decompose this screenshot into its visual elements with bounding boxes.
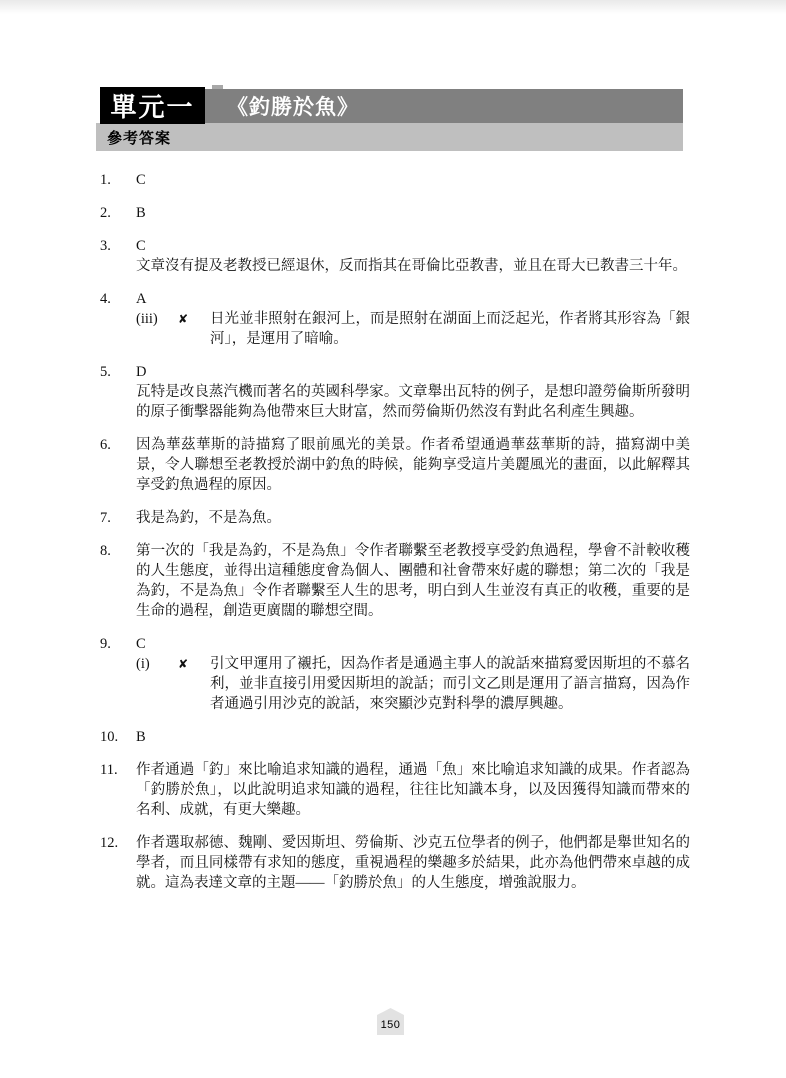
- answers-list: 1. C 2. B 3. C 文章沒有提及老教授已經退休，反而指其在哥倫比亞教書…: [100, 170, 690, 906]
- sub-answer-row: (i) ✘ 引文甲運用了襯托，因為作者是通過主事人的說話來描寫愛因斯坦的不慕名利…: [136, 654, 690, 714]
- answer-item-8: 8. 第一次的「我是為釣，不是為魚」令作者聯繫至老教授享受釣魚過程，學會不計較收…: [100, 541, 690, 621]
- item-number: 11.: [100, 760, 136, 820]
- unit-label-box: 單元一: [100, 87, 205, 124]
- item-number: 3.: [100, 236, 136, 276]
- item-number: 7.: [100, 508, 136, 528]
- answer-letter: C: [136, 170, 690, 190]
- answer-text: 我是為釣，不是為魚。: [136, 508, 690, 528]
- answer-item-2: 2. B: [100, 203, 690, 223]
- sub-answer-text: 引文甲運用了襯托，因為作者是通過主事人的說話來描寫愛因斯坦的不慕名利，並非直接引…: [210, 654, 690, 714]
- answer-item-11: 11. 作者通過「釣」來比喻追求知識的過程，通過「魚」來比喻追求知識的成果。作者…: [100, 760, 690, 820]
- page-number-badge: 150: [377, 1008, 404, 1035]
- answer-item-12: 12. 作者選取郝德、魏剛、愛因斯坦、勞倫斯、沙克五位學者的例子，他們都是舉世知…: [100, 833, 690, 893]
- item-number: 10.: [100, 727, 136, 747]
- cross-mark-icon: ✘: [178, 309, 210, 349]
- answer-letter: B: [136, 727, 690, 747]
- answer-item-6: 6. 因為華茲華斯的詩描寫了眼前風光的美景。作者希望通過華茲華斯的詩，描寫湖中美…: [100, 435, 690, 495]
- answer-item-4: 4. A (iii) ✘ 日光並非照射在銀河上，而是照射在湖面上而泛起光，作者將…: [100, 289, 690, 349]
- chapter-title: 《釣勝於魚》: [227, 91, 359, 121]
- answer-explanation: 文章沒有提及老教授已經退休，反而指其在哥倫比亞教書，並且在哥大已教書三十年。: [136, 256, 690, 276]
- item-number: 1.: [100, 170, 136, 190]
- answer-letter: D: [136, 362, 690, 382]
- item-number: 12.: [100, 833, 136, 893]
- answer-text: 第一次的「我是為釣，不是為魚」令作者聯繫至老教授享受釣魚過程，學會不計較收穫的人…: [136, 541, 690, 621]
- item-number: 9.: [100, 634, 136, 714]
- answer-text: 作者通過「釣」來比喻追求知識的過程，通過「魚」來比喻追求知識的成果。作者認為「釣…: [136, 760, 690, 820]
- answer-item-3: 3. C 文章沒有提及老教授已經退休，反而指其在哥倫比亞教書，並且在哥大已教書三…: [100, 236, 690, 276]
- answer-explanation: 瓦特是改良蒸汽機而著名的英國科學家。文章舉出瓦特的例子，是想印證勞倫斯所發明的原…: [136, 382, 690, 422]
- answer-item-7: 7. 我是為釣，不是為魚。: [100, 508, 690, 528]
- answer-letter: C: [136, 236, 690, 256]
- item-number: 5.: [100, 362, 136, 422]
- chapter-title-bar: 《釣勝於魚》: [205, 89, 683, 123]
- answer-item-5: 5. D 瓦特是改良蒸汽機而著名的英國科學家。文章舉出瓦特的例子，是想印證勞倫斯…: [100, 362, 690, 422]
- document-page: 單元一 《釣勝於魚》 參考答案 1. C 2. B 3. C 文章沒有提及老教授…: [0, 0, 786, 1078]
- sub-item-label: (iii): [136, 309, 178, 349]
- item-number: 8.: [100, 541, 136, 621]
- section-label: 參考答案: [107, 127, 171, 148]
- section-bar: 參考答案: [96, 123, 683, 151]
- sub-item-label: (i): [136, 654, 178, 714]
- sub-answer-row: (iii) ✘ 日光並非照射在銀河上，而是照射在湖面上而泛起光，作者將其形容為「…: [136, 309, 690, 349]
- answer-text: 因為華茲華斯的詩描寫了眼前風光的美景。作者希望通過華茲華斯的詩，描寫湖中美景，令…: [136, 435, 690, 495]
- page-number: 150: [381, 1019, 401, 1031]
- sub-answer-text: 日光並非照射在銀河上，而是照射在湖面上而泛起光，作者將其形容為「銀河」，是運用了…: [210, 309, 690, 349]
- answer-letter: C: [136, 634, 690, 654]
- answer-item-10: 10. B: [100, 727, 690, 747]
- cross-mark-icon: ✘: [178, 654, 210, 714]
- answer-text: 作者選取郝德、魏剛、愛因斯坦、勞倫斯、沙克五位學者的例子，他們都是舉世知名的學者…: [136, 833, 690, 893]
- item-number: 4.: [100, 289, 136, 349]
- unit-label: 單元一: [110, 87, 194, 124]
- answer-letter: A: [136, 289, 690, 309]
- page-top-shadow: [0, 0, 786, 14]
- answer-letter: B: [136, 203, 690, 223]
- item-number: 6.: [100, 435, 136, 495]
- answer-item-1: 1. C: [100, 170, 690, 190]
- answer-item-9: 9. C (i) ✘ 引文甲運用了襯托，因為作者是通過主事人的說話來描寫愛因斯坦…: [100, 634, 690, 714]
- item-number: 2.: [100, 203, 136, 223]
